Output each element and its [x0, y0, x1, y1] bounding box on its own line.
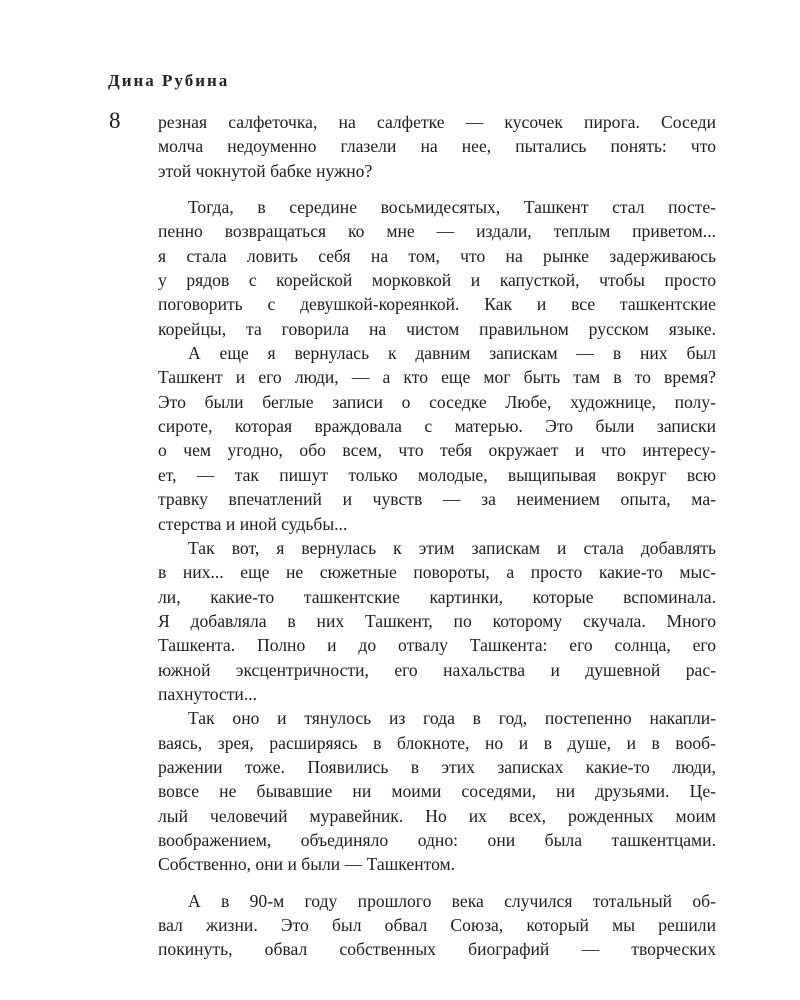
- text-line: Это были беглые записи о соседке Любе, х…: [158, 390, 716, 414]
- text-line: Ташкент и его люди, — а кто еще мог быть…: [158, 365, 716, 389]
- page-number: 8: [109, 108, 121, 134]
- text-line: покинуть, обвал собственных биографий — …: [158, 937, 716, 961]
- text-line: А еще я вернулась к давним запискам — в …: [158, 341, 716, 365]
- paragraph-gap: [158, 877, 716, 889]
- text-line: у рядов с корейской морковкой и капустко…: [158, 268, 716, 292]
- paragraph: Тогда, в середине восьмидесятых, Ташкент…: [158, 195, 716, 341]
- text-line: я стала ловить себя на том, что на рынке…: [158, 244, 716, 268]
- text-line: в них... еще не сюжетные повороты, а про…: [158, 560, 716, 584]
- paragraph: Так вот, я вернулась к этим запискам и с…: [158, 536, 716, 706]
- text-line: южной эксцентричности, его нахальства и …: [158, 658, 716, 682]
- text-line: травку впечатлений и чувств — за неимени…: [158, 487, 716, 511]
- text-line: о чем угодно, обо всем, что тебя окружае…: [158, 438, 716, 462]
- text-line: ли, какие-то ташкентские картинки, котор…: [158, 585, 716, 609]
- body-text: резная салфеточка, на салфетке — кусочек…: [158, 110, 716, 962]
- text-line: вал жизни. Это был обвал Союза, который …: [158, 913, 716, 937]
- text-line: Тогда, в середине восьмидесятых, Ташкент…: [158, 195, 716, 219]
- text-line: сироте, которая враждовала с матерью. Эт…: [158, 414, 716, 438]
- text-line: пенно возвращаться ко мне — издали, тепл…: [158, 219, 716, 243]
- text-line: пахнутости...: [158, 682, 716, 706]
- text-line: этой чокнутой бабке нужно?: [158, 159, 716, 183]
- text-line: резная салфеточка, на салфетке — кусочек…: [158, 110, 716, 134]
- text-line: поговорить с девушкой-кореянкой. Как и в…: [158, 292, 716, 316]
- text-line: Так оно и тянулось из года в год, постеп…: [158, 706, 716, 730]
- text-line: корейцы, та говорила на чистом правильно…: [158, 317, 716, 341]
- text-line: Ташкента. Полно и до отвалу Ташкента: ег…: [158, 633, 716, 657]
- text-line: Собственно, они и были — Ташкентом.: [158, 852, 716, 876]
- text-line: стерства и иной судьбы...: [158, 512, 716, 536]
- paragraph: резная салфеточка, на салфетке — кусочек…: [158, 110, 716, 183]
- text-line: молча недоуменно глазели на нее, пыталис…: [158, 134, 716, 158]
- paragraph-gap: [158, 183, 716, 195]
- text-line: воображением, объединяло одно: они была …: [158, 828, 716, 852]
- running-head-author: Дина Рубина: [108, 71, 229, 91]
- text-line: Я добавляла в них Ташкент, по которому с…: [158, 609, 716, 633]
- text-line: вовсе не бывавшие ни моими соседями, ни …: [158, 779, 716, 803]
- book-page: Дина Рубина 8 резная салфеточка, на салф…: [0, 0, 800, 1000]
- text-line: лый человечий муравейник. Но их всех, ро…: [158, 804, 716, 828]
- text-line: А в 90-м году прошлого века случился тот…: [158, 889, 716, 913]
- paragraph: Так оно и тянулось из года в год, постеп…: [158, 706, 716, 876]
- text-line: ет, — так пишут только молодые, выщипыва…: [158, 463, 716, 487]
- text-line: ражении тоже. Появились в этих записках …: [158, 755, 716, 779]
- paragraph: А еще я вернулась к давним запискам — в …: [158, 341, 716, 536]
- paragraph: А в 90-м году прошлого века случился тот…: [158, 889, 716, 962]
- text-line: ваясь, зрея, расширяясь в блокноте, но и…: [158, 731, 716, 755]
- text-line: Так вот, я вернулась к этим запискам и с…: [158, 536, 716, 560]
